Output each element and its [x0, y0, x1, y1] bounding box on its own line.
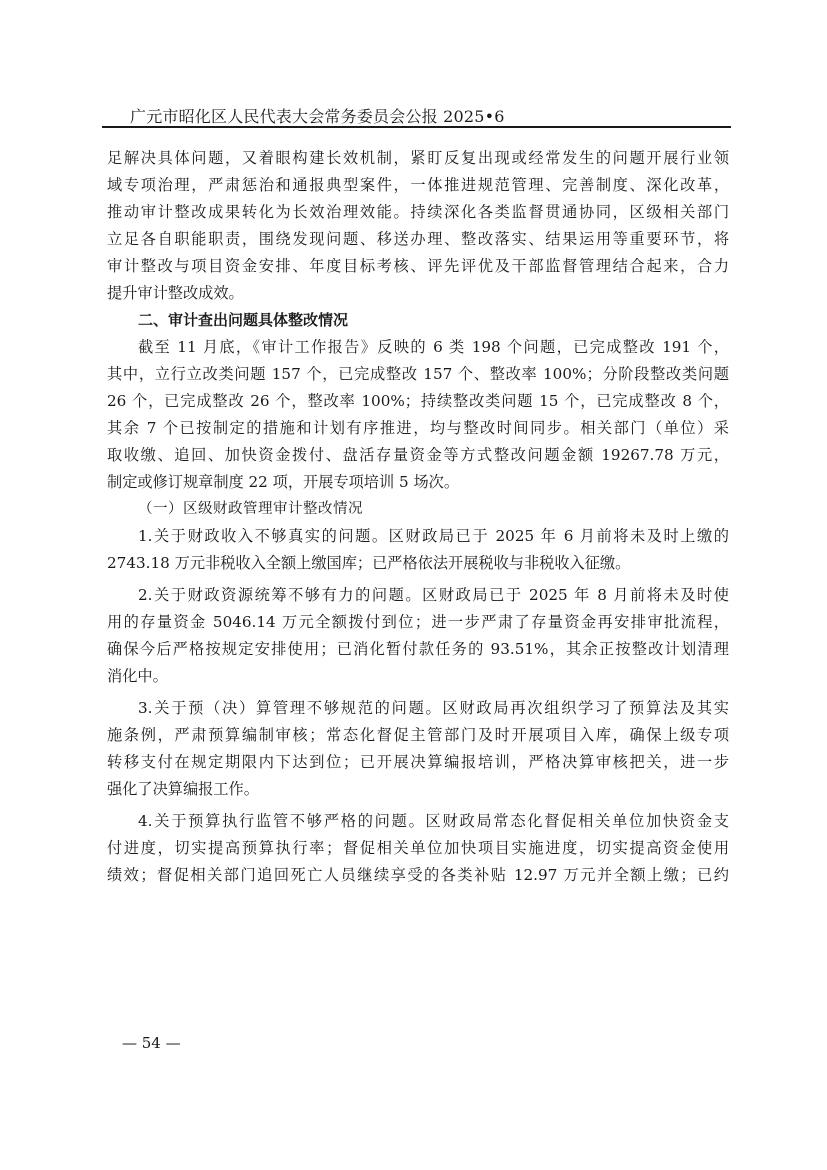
text-line: 4.关于预算执行监管不够严格的问题。区财政局常态化督促相关单位加快资金支	[107, 808, 729, 835]
text-line: 审计整改与项目资金安排、年度目标考核、评先评优及干部监督管理结合起来，合力	[107, 253, 729, 280]
text-line: 付进度，切实提高预算执行率；督促相关单位加快项目实施进度，切实提高资金使用	[107, 835, 729, 862]
document-body: 足解决具体问题，又着眼构建长效机制，紧盯反复出现或经常发生的问题开展行业领 域专…	[107, 145, 729, 889]
paragraph-supervision: 足解决具体问题，又着眼构建长效机制，紧盯反复出现或经常发生的问题开展行业领 域专…	[107, 145, 729, 307]
text-line: 推动审计整改成果转化为长效治理效能。持续深化各类监督贯通协同，区级相关部门	[107, 199, 729, 226]
text-line: 足解决具体问题，又着眼构建长效机制，紧盯反复出现或经常发生的问题开展行业领	[107, 145, 729, 172]
text-line: 转移支付在规定期限内下达到位；已开展决算编报培训，严格决算审核把关，进一步	[107, 749, 729, 776]
text-line: 立足各自职能职责，围绕发现问题、移送办理、整改落实、结果运用等重要环节，将	[107, 226, 729, 253]
subsection-heading: （一）区级财政管理审计整改情况	[107, 496, 729, 523]
text-line: 取收缴、追回、加快资金拨付、盘活存量资金等方式整改问题金额 19267.78 万…	[107, 442, 729, 469]
text-line: 强化了决算编报工作。	[107, 776, 729, 803]
text-line: 2743.18 万元非税收入全额上缴国库；已严格依法开展税收与非税收入征缴。	[107, 550, 729, 577]
text-line: 26 个，已完成整改 26 个，整改率 100%；持续整改类问题 15 个，已完…	[107, 388, 729, 415]
item-3: 3.关于预（决）算管理不够规范的问题。区财政局再次组织学习了预算法及其实 施条例…	[107, 695, 729, 803]
text-line: 确保今后严格按规定安排使用；已消化暂付款任务的 93.51%，其余正按整改计划清…	[107, 636, 729, 663]
text-line: 域专项治理，严肃惩治和通报典型案件，一体推进规范管理、完善制度、深化改革，	[107, 172, 729, 199]
bulletin-header-title: 广元市昭化区人民代表大会常务委员会公报 2025•6	[130, 104, 505, 127]
header-rule	[102, 126, 731, 128]
text-line: 其余 7 个已按制定的措施和计划有序推进，均与整改时间同步。相关部门（单位）采	[107, 415, 729, 442]
item-2: 2.关于财政资源统筹不够有力的问题。区财政局已于 2025 年 8 月前将未及时…	[107, 582, 729, 690]
text-line: 提升审计整改成效。	[107, 280, 729, 307]
text-line: 施条例，严肃预算编制审核；常态化督促主管部门及时开展项目入库，确保上级专项	[107, 722, 729, 749]
section-heading: 二、审计查出问题具体整改情况	[107, 307, 729, 334]
item-4: 4.关于预算执行监管不够严格的问题。区财政局常态化督促相关单位加快资金支 付进度…	[107, 808, 729, 889]
text-line: 绩效；督促相关部门追回死亡人员继续享受的各类补贴 12.97 万元并全额上缴；已…	[107, 862, 729, 889]
item-1: 1.关于财政收入不够真实的问题。区财政局已于 2025 年 6 月前将未及时上缴…	[107, 523, 729, 577]
text-line: 制定或修订规章制度 22 项，开展专项培训 5 场次。	[107, 469, 729, 496]
text-line: 用的存量资金 5046.14 万元全额拨付到位；进一步严肃了存量资金再安排审批流…	[107, 609, 729, 636]
text-line: 消化中。	[107, 663, 729, 690]
text-line: 截至 11 月底，《审计工作报告》反映的 6 类 198 个问题，已完成整改 1…	[107, 334, 729, 361]
page-number: — 54 —	[122, 1034, 181, 1052]
paragraph-summary: 截至 11 月底，《审计工作报告》反映的 6 类 198 个问题，已完成整改 1…	[107, 334, 729, 496]
text-line: 1.关于财政收入不够真实的问题。区财政局已于 2025 年 6 月前将未及时上缴…	[107, 523, 729, 550]
text-line: 2.关于财政资源统筹不够有力的问题。区财政局已于 2025 年 8 月前将未及时…	[107, 582, 729, 609]
text-line: 3.关于预（决）算管理不够规范的问题。区财政局再次组织学习了预算法及其实	[107, 695, 729, 722]
text-line: 其中，立行立改类问题 157 个，已完成整改 157 个、整改率 100%；分阶…	[107, 361, 729, 388]
